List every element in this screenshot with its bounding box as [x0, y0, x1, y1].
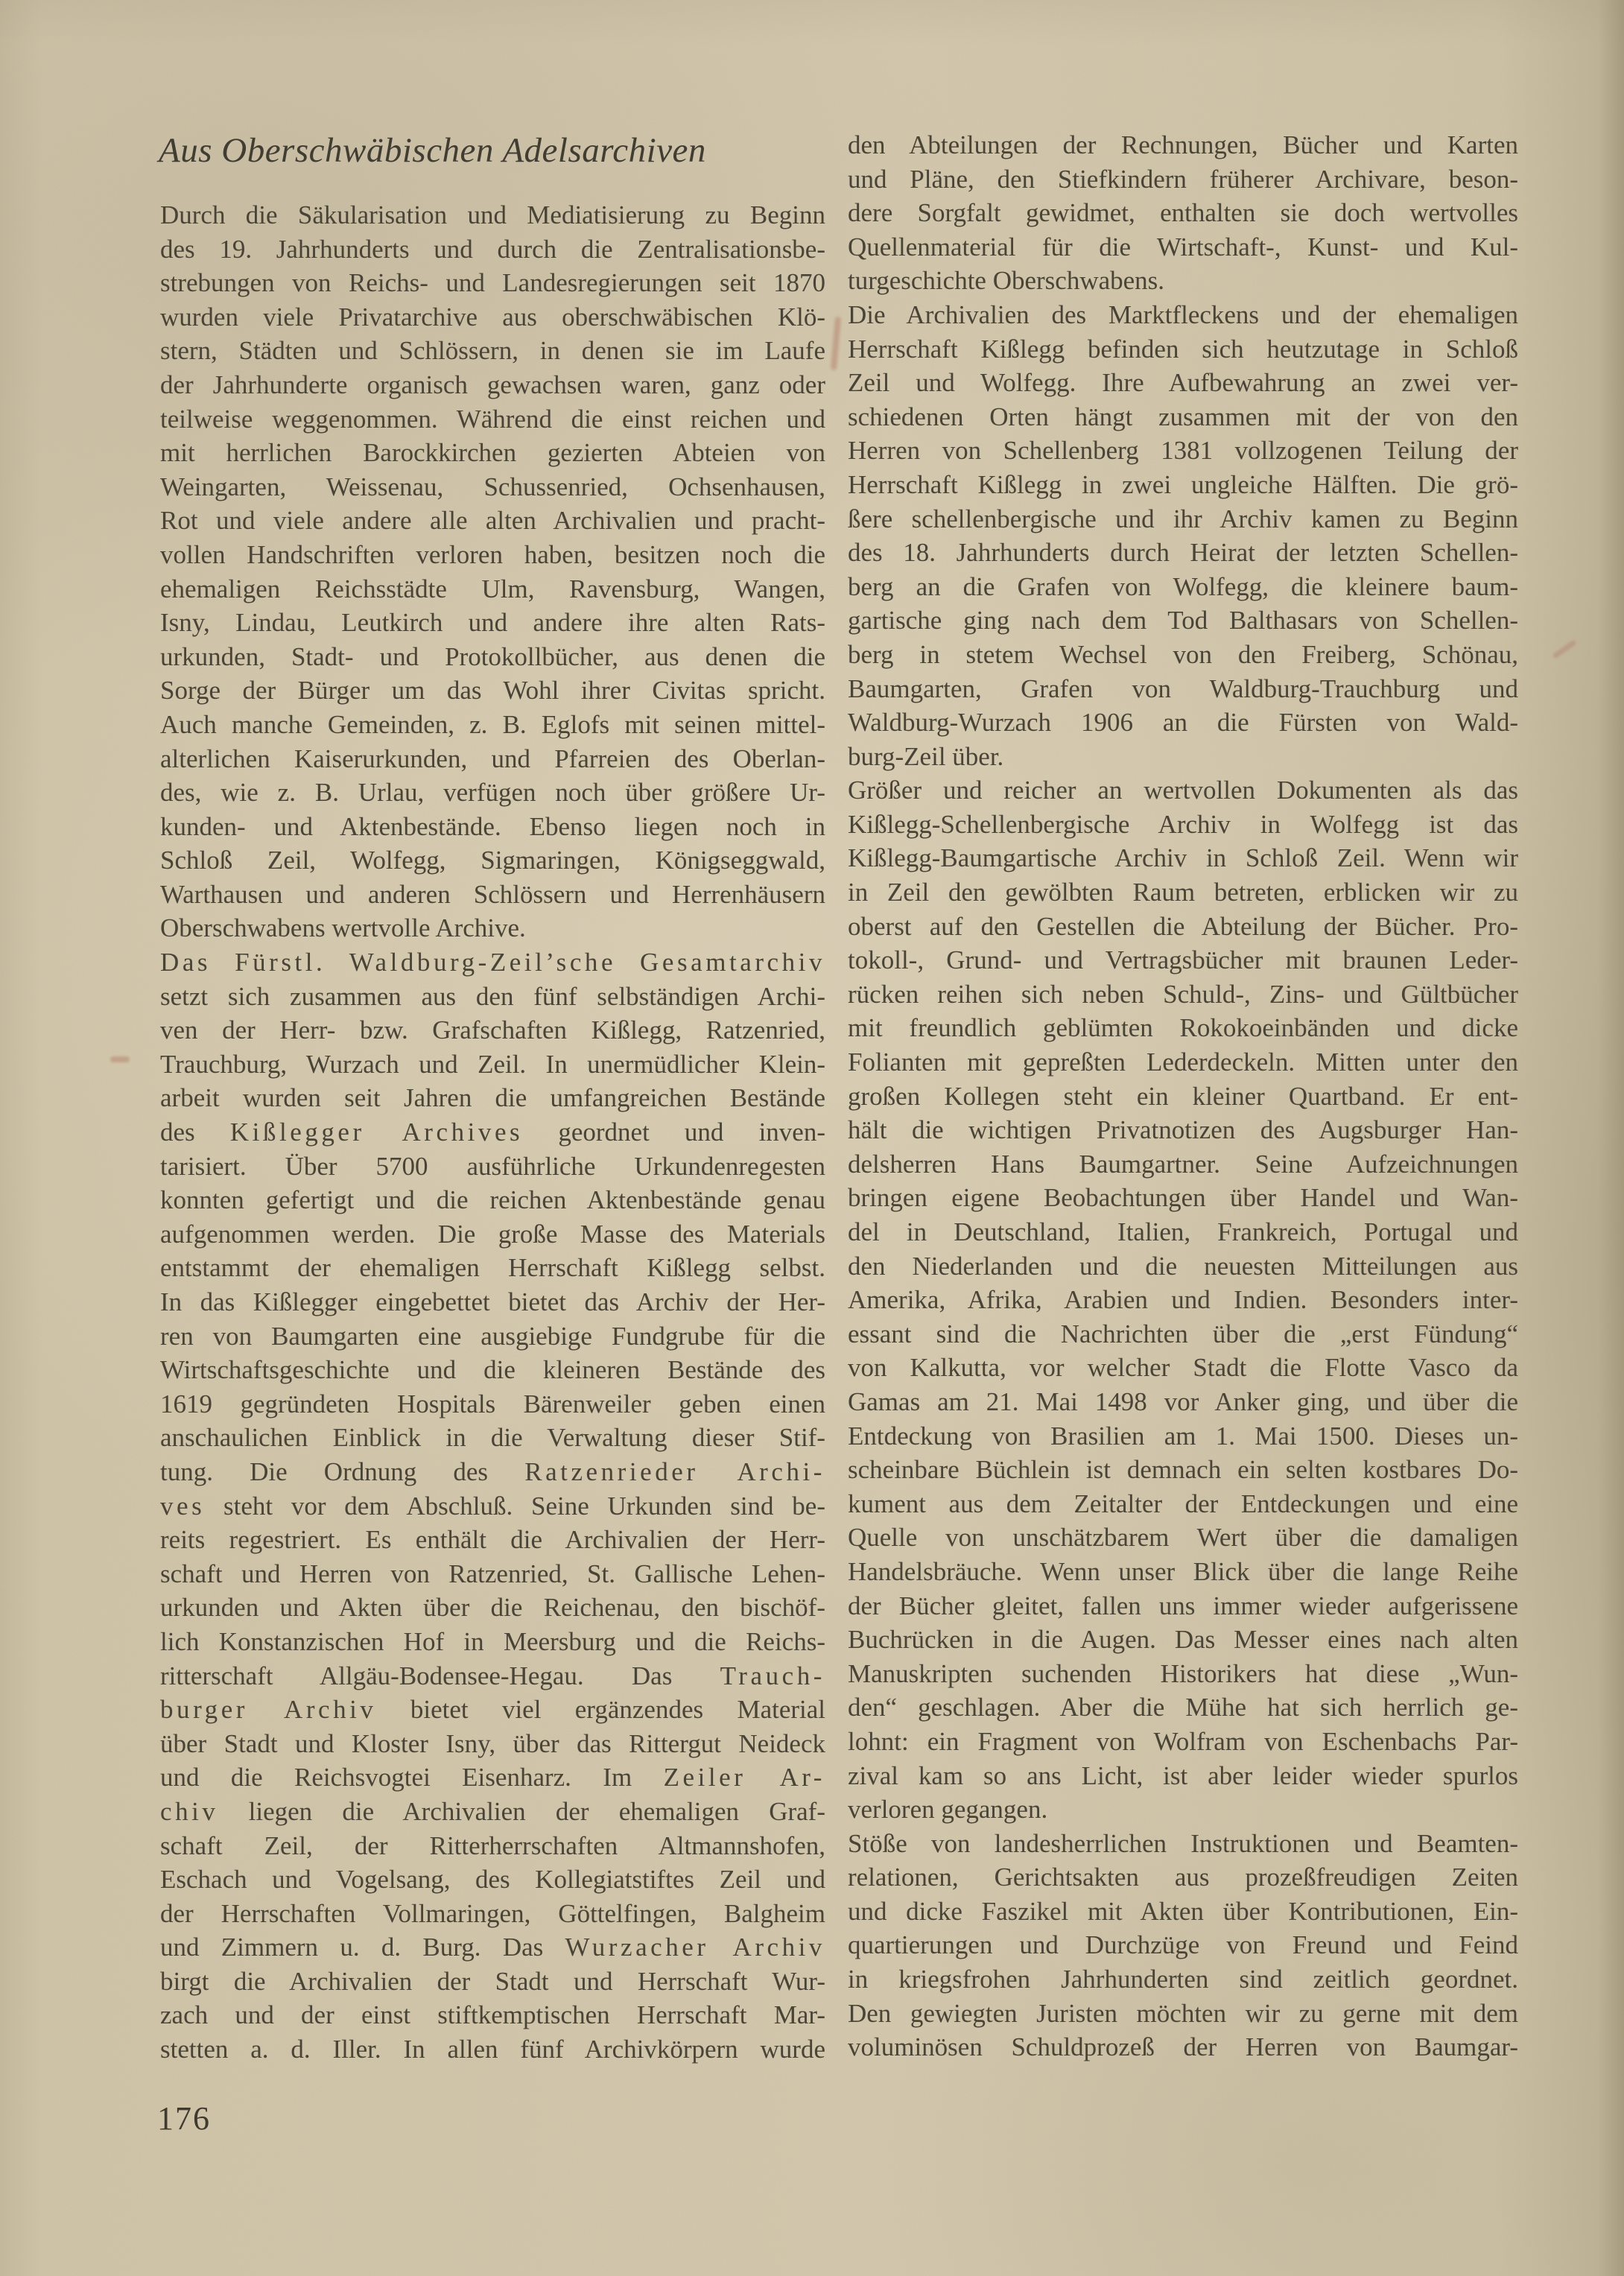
text-line: konnten gefertigt und die reichen Aktenb… [160, 1183, 825, 1217]
text-run: Auch manche Gemeinden, z. B. Eglofs mit … [160, 710, 825, 739]
text-line: zival kam so ans Licht, ist aber leider … [848, 1759, 1518, 1793]
text-line: berg an die Grafen von Wolfegg, die klei… [848, 570, 1518, 604]
text-line: des 18. Jahrhunderts durch Heirat der le… [848, 536, 1518, 570]
text-line: kunden- und Aktenbestände. Ebenso liegen… [160, 810, 825, 844]
text-run: Größer und reicher an wertvollen Dokumen… [848, 776, 1518, 805]
text-run: arbeit wurden seit Jahren die umfangreic… [160, 1083, 825, 1112]
text-run: der Herrschaften Vollmaringen, Göttelfin… [160, 1899, 825, 1928]
page-number: 176 [157, 2099, 211, 2137]
text-run: tokoll-, Grund- und Vertragsbücher mit b… [848, 945, 1518, 974]
text-run: reits regestriert. Es enthält die Archiv… [160, 1525, 825, 1554]
text-line: hält die wichtigen Privatnotizen des Aug… [848, 1113, 1518, 1147]
scanned-book-page: Aus Oberschwäbischen Adelsarchiven Durch… [0, 0, 1624, 2276]
text-run: ren von Baumgarten eine ausgiebige Fundg… [160, 1322, 825, 1351]
text-line: Quellenmaterial für die Wirtschaft-, Kun… [848, 230, 1518, 264]
text-line: Auch manche Gemeinden, z. B. Eglofs mit … [160, 708, 825, 742]
text-run: urkunden, Stadt- und Protokollbücher, au… [160, 642, 825, 671]
text-run: Buchrücken in die Augen. Das Messer eine… [848, 1625, 1518, 1654]
text-line: den“ geschlagen. Aber die Mühe hat sich … [848, 1690, 1518, 1725]
text-line: und dicke Faszikel mit Akten über Kontri… [848, 1895, 1518, 1929]
text-line: Stöße von landesherrlichen Instruktionen… [848, 1827, 1518, 1861]
text-run: und Zimmern u. d. Burg. Das [160, 1933, 565, 1962]
text-run: über Stadt und Kloster Isny, über das Ri… [160, 1729, 825, 1758]
text-run: Kißlegg-Schellenbergische Archiv in Wolf… [848, 810, 1518, 839]
text-run: lohnt: ein Fragment von Wolfram von Esch… [848, 1727, 1518, 1756]
text-line: 1619 gegründeten Hospitals Bärenweiler g… [160, 1387, 825, 1421]
text-line: ven der Herr- bzw. Grafschaften Kißlegg,… [160, 1013, 825, 1047]
text-run: kument aus dem Zeitalter der Entdeckunge… [848, 1489, 1518, 1518]
text-line: und die Reichsvogtei Eisenharz. Im Zeile… [160, 1760, 825, 1795]
text-line: ritterschaft Allgäu-Bodensee-Hegau. Das … [160, 1659, 825, 1693]
text-run: zival kam so ans Licht, ist aber leider … [848, 1761, 1518, 1790]
text-run: kunden- und Aktenbestände. Ebenso liegen… [160, 812, 825, 841]
text-run: tarisiert. Über 5700 ausführliche Urkund… [160, 1152, 825, 1181]
text-run: von Kalkutta, vor welcher Stadt die Flot… [848, 1353, 1518, 1382]
letterspaced-archive-name: Das Fürstl. Waldburg-Zeil’sche Gesamtarc… [160, 948, 825, 977]
text-line: schaft und Herren von Ratzenried, St. Ga… [160, 1557, 825, 1591]
text-line: tokoll-, Grund- und Vertragsbücher mit b… [848, 943, 1518, 977]
text-line: anschaulichen Einblick in die Verwaltung… [160, 1421, 825, 1455]
text-run: setzt sich zusammen aus den fünf selbstä… [160, 982, 825, 1011]
text-line: über Stadt und Kloster Isny, über das Ri… [160, 1727, 825, 1761]
text-line: großen Kollegen steht ein kleiner Quartb… [848, 1080, 1518, 1114]
text-line: und Zimmern u. d. Burg. Das Wurzacher Ar… [160, 1930, 825, 1965]
text-run: und Pläne, den Stiefkindern früherer Arc… [848, 165, 1518, 194]
text-run: Quelle von unschätzbarem Wert über die d… [848, 1523, 1518, 1552]
text-run: essant sind die Nachrichten über die „er… [848, 1319, 1518, 1348]
text-run: geordnet und inven- [523, 1118, 825, 1147]
text-run: burg-Zeil über. [848, 742, 1003, 771]
text-line: Warthausen und anderen Schlössern und He… [160, 878, 825, 912]
text-run: scheinbare Büchlein ist demnach ein selt… [848, 1455, 1518, 1484]
text-line: tung. Die Ordnung des Ratzenrieder Archi… [160, 1455, 825, 1489]
text-run: stetten a. d. Iller. In allen fünf Archi… [160, 2035, 825, 2064]
text-run: ßere schellenbergische und ihr Archiv ka… [848, 504, 1518, 533]
text-run: schiedenen Orten hängt zusammen mit der … [848, 402, 1518, 431]
red-ink-mark [110, 1056, 130, 1062]
text-line: berg in stetem Wechsel von den Freiberg,… [848, 638, 1518, 672]
text-run: In das Kißlegger eingebettet bietet das … [160, 1287, 825, 1316]
text-line: Baumgarten, Grafen von Waldburg-Trauchbu… [848, 672, 1518, 706]
text-run: Waldburg-Wurzach 1906 an die Fürsten von… [848, 708, 1518, 737]
text-run: ven der Herr- bzw. Grafschaften Kißlegg,… [160, 1015, 825, 1045]
text-line: gartische ging nach dem Tod Balthasars v… [848, 603, 1518, 638]
letterspaced-archive-name: ves [160, 1492, 205, 1521]
text-line: lich Konstanzischen Hof in Meersburg und… [160, 1625, 825, 1659]
text-run: mit freundlich geblümten Rokokoeinbänden… [848, 1013, 1518, 1042]
text-run: großen Kollegen steht ein kleiner Quartb… [848, 1082, 1518, 1111]
red-ink-mark [1552, 639, 1577, 659]
text-line: tarisiert. Über 5700 ausführliche Urkund… [160, 1150, 825, 1184]
text-line: del in Deutschland, Italien, Frankreich,… [848, 1215, 1518, 1249]
column-1: Durch die Säkularisation und Mediatisier… [160, 198, 825, 2067]
text-line: Manuskripten suchenden Historikers hat d… [848, 1657, 1518, 1691]
text-run: konnten gefertigt und die reichen Aktenb… [160, 1185, 825, 1214]
text-line: relationen, Gerichtsakten aus prozeßfreu… [848, 1860, 1518, 1895]
article-title: Aus Oberschwäbischen Adelsarchiven [159, 131, 829, 170]
text-run: des 18. Jahrhunderts durch Heirat der le… [848, 538, 1518, 567]
text-line: Buchrücken in die Augen. Das Messer eine… [848, 1623, 1518, 1657]
text-run: ehemaligen Reichsstädte Ulm, Ravensburg,… [160, 574, 825, 603]
text-line: turgeschichte Oberschwabens. [848, 264, 1518, 298]
text-run: urkunden und Akten über die Reichenau, d… [160, 1593, 825, 1622]
text-line: Schloß Zeil, Wolfegg, Sigmaringen, König… [160, 843, 825, 878]
text-line: Gamas am 21. Mai 1498 vor Anker ging, un… [848, 1385, 1518, 1419]
text-line: chiv liegen die Archivalien der ehemalig… [160, 1795, 825, 1829]
text-run: Herren von Schellenberg 1381 vollzogenen… [848, 436, 1518, 465]
text-run: schaft und Herren von Ratzenried, St. Ga… [160, 1559, 825, 1588]
letterspaced-archive-name: burger Archiv [160, 1695, 376, 1724]
text-line: Entdeckung von Brasilien am 1. Mai 1500.… [848, 1419, 1518, 1454]
text-line: entstammt der ehemaligen Herrschaft Kißl… [160, 1251, 825, 1285]
text-line: Wirtschaftsgeschichte und die kleineren … [160, 1353, 825, 1387]
text-run: oberst auf den Gestellen die Abteilung d… [848, 912, 1518, 941]
text-line: teilweise weggenommen. Während die einst… [160, 402, 825, 437]
text-run: Folianten mit gepreßten Lederdeckeln. Mi… [848, 1047, 1518, 1077]
text-run: Kißlegg-Baumgartische Archiv in Schloß Z… [848, 843, 1518, 872]
text-run: ritterschaft Allgäu-Bodensee-Hegau. Das [160, 1661, 720, 1690]
text-line: Folianten mit gepreßten Lederdeckeln. Mi… [848, 1045, 1518, 1080]
text-line: quartierungen und Durchzüge von Freund u… [848, 1928, 1518, 1962]
text-line: mit herrlichen Barockkirchen gezierten A… [160, 436, 825, 470]
text-line: delsherren Hans Baumgartner. Seine Aufze… [848, 1147, 1518, 1182]
letterspaced-archive-name: chiv [160, 1797, 218, 1826]
text-line: voluminösen Schuldprozeß der Herren von … [848, 2030, 1518, 2064]
text-run: den“ geschlagen. Aber die Mühe hat sich … [848, 1693, 1518, 1722]
text-line: oberst auf den Gestellen die Abteilung d… [848, 910, 1518, 944]
text-line: birgt die Archivalien der Stadt und Herr… [160, 1965, 825, 1999]
text-line: stern, Städten und Schlössern, in denen … [160, 334, 825, 368]
text-run: wurden viele Privatarchive aus oberschwä… [160, 302, 825, 332]
text-line: der Jahrhunderte organisch gewachsen war… [160, 368, 825, 402]
text-line: schaft Zeil, der Ritterherrschaften Altm… [160, 1829, 825, 1863]
text-line: Isny, Lindau, Leutkirch und andere ihre … [160, 606, 825, 640]
letterspaced-archive-name: Zeiler Ar- [664, 1763, 825, 1792]
text-run: entstammt der ehemaligen Herrschaft Kißl… [160, 1253, 825, 1282]
text-run: voluminösen Schuldprozeß der Herren von … [848, 2032, 1518, 2061]
text-line: lohnt: ein Fragment von Wolfram von Esch… [848, 1725, 1518, 1759]
text-line: kument aus dem Zeitalter der Entdeckunge… [848, 1487, 1518, 1521]
text-run: Gamas am 21. Mai 1498 vor Anker ging, un… [848, 1387, 1518, 1416]
text-run: in kriegsfrohen Jahrhunderten sind zeitl… [848, 1965, 1518, 1994]
text-run: strebungen von Reichs- und Landesregieru… [160, 268, 825, 297]
text-run: Wirtschaftsgeschichte und die kleineren … [160, 1355, 825, 1384]
text-line: der Bücher gleitet, fallen uns immer wie… [848, 1589, 1518, 1623]
text-line: Den gewiegten Juristen möchten wir zu ge… [848, 1997, 1518, 2031]
text-line: Zeil und Wolfegg. Ihre Aufbewahrung an z… [848, 366, 1518, 400]
text-run: Trauchburg, Wurzach und Zeil. In unermüd… [160, 1050, 825, 1079]
text-run: vollen Handschriften verloren haben, bes… [160, 540, 825, 569]
text-run: den Niederlanden und die neuesten Mittei… [848, 1252, 1518, 1281]
text-run: Sorge der Bürger um das Wohl ihrer Civit… [160, 676, 825, 705]
text-line: Das Fürstl. Waldburg-Zeil’sche Gesamtarc… [160, 945, 825, 980]
text-run: Die Archivalien des Marktfleckens und de… [848, 300, 1518, 329]
text-run: verloren gegangen. [848, 1795, 1047, 1824]
text-run: Entdeckung von Brasilien am 1. Mai 1500.… [848, 1421, 1518, 1451]
text-line: bringen eigene Beobachtungen über Handel… [848, 1181, 1518, 1215]
text-run: delsherren Hans Baumgartner. Seine Aufze… [848, 1150, 1518, 1179]
text-run: Warthausen und anderen Schlössern und He… [160, 880, 825, 909]
text-line: Durch die Säkularisation und Mediatisier… [160, 198, 825, 232]
text-line: Rot und viele andere alle alten Archival… [160, 504, 825, 538]
letterspaced-archive-name: Ratzenrieder Archi- [524, 1457, 825, 1486]
text-run: steht vor dem Abschluß. Seine Urkunden s… [205, 1492, 825, 1521]
text-run: rücken reihen sich neben Schuld-, Zins- … [848, 980, 1518, 1009]
text-line: Die Archivalien des Marktfleckens und de… [848, 298, 1518, 332]
text-run: anschaulichen Einblick in die Verwaltung… [160, 1423, 825, 1452]
text-line: essant sind die Nachrichten über die „er… [848, 1317, 1518, 1351]
text-run: Manuskripten suchenden Historikers hat d… [848, 1659, 1518, 1688]
text-line: Sorge der Bürger um das Wohl ihrer Civit… [160, 673, 825, 708]
text-run: lich Konstanzischen Hof in Meersburg und… [160, 1627, 825, 1656]
text-line: Größer und reicher an wertvollen Dokumen… [848, 773, 1518, 808]
text-run: Stöße von landesherrlichen Instruktionen… [848, 1829, 1518, 1858]
text-line: und Pläne, den Stiefkindern früherer Arc… [848, 162, 1518, 197]
text-run: des 19. Jahrhunderts und durch die Zentr… [160, 235, 825, 264]
text-run: Eschach und Vogelsang, des Kollegiatstif… [160, 1865, 825, 1894]
text-run: gartische ging nach dem Tod Balthasars v… [848, 606, 1518, 635]
text-run: den Abteilungen der Rechnungen, Bücher u… [848, 130, 1518, 159]
text-line: stetten a. d. Iller. In allen fünf Archi… [160, 2032, 825, 2067]
text-run: in Zeil den gewölbten Raum betreten, erb… [848, 878, 1518, 907]
text-run: Amerika, Afrika, Arabien und Indien. Bes… [848, 1285, 1518, 1314]
text-line: urkunden, Stadt- und Protokollbücher, au… [160, 640, 825, 674]
text-line: ßere schellenbergische und ihr Archiv ka… [848, 502, 1518, 536]
text-line: Herren von Schellenberg 1381 vollzogenen… [848, 434, 1518, 468]
text-run: stern, Städten und Schlössern, in denen … [160, 336, 825, 365]
text-run: relationen, Gerichtsakten aus prozeßfreu… [848, 1863, 1518, 1892]
text-line: ren von Baumgarten eine ausgiebige Fundg… [160, 1319, 825, 1354]
text-line: der Herrschaften Vollmaringen, Göttelfin… [160, 1897, 825, 1931]
text-line: des Kißlegger Archives geordnet und inve… [160, 1115, 825, 1150]
text-run: liegen die Archivalien der ehemaligen Gr… [218, 1797, 825, 1826]
text-run: aufgenommen werden. Die große Masse des … [160, 1220, 825, 1249]
text-line: burger Archiv bietet viel ergänzendes Ma… [160, 1693, 825, 1727]
text-run: Handelsbräuche. Wenn unser Blick über di… [848, 1557, 1518, 1586]
text-line: strebungen von Reichs- und Landesregieru… [160, 266, 825, 300]
text-run: Schloß Zeil, Wolfegg, Sigmaringen, König… [160, 846, 825, 875]
text-line: alterlichen Kaiserurkunden, und Pfarreie… [160, 742, 825, 776]
text-run: alterlichen Kaiserurkunden, und Pfarreie… [160, 744, 825, 773]
letterspaced-archive-name: Trauch- [720, 1661, 825, 1690]
text-run: 1619 gegründeten Hospitals Bärenweiler g… [160, 1389, 825, 1418]
text-line: urkunden und Akten über die Reichenau, d… [160, 1591, 825, 1625]
text-run: Den gewiegten Juristen möchten wir zu ge… [848, 1999, 1518, 2028]
text-line: Kißlegg-Schellenbergische Archiv in Wolf… [848, 808, 1518, 842]
text-line: reits regestriert. Es enthält die Archiv… [160, 1523, 825, 1557]
text-line: den Niederlanden und die neuesten Mittei… [848, 1249, 1518, 1284]
text-line: rücken reihen sich neben Schuld-, Zins- … [848, 977, 1518, 1012]
text-line: Quelle von unschätzbarem Wert über die d… [848, 1521, 1518, 1555]
text-run: Rot und viele andere alle alten Archival… [160, 506, 825, 535]
text-run: mit herrlichen Barockkirchen gezierten A… [160, 438, 825, 467]
text-line: in kriegsfrohen Jahrhunderten sind zeitl… [848, 1962, 1518, 1997]
text-run: berg an die Grafen von Wolfegg, die klei… [848, 572, 1518, 601]
text-line: Handelsbräuche. Wenn unser Blick über di… [848, 1555, 1518, 1589]
text-line: von Kalkutta, vor welcher Stadt die Flot… [848, 1351, 1518, 1385]
text-run: des, wie z. B. Urlau, verfügen noch über… [160, 778, 825, 807]
text-line: Waldburg-Wurzach 1906 an die Fürsten von… [848, 706, 1518, 740]
text-run: bietet viel ergänzendes Material [376, 1695, 825, 1724]
text-run: del in Deutschland, Italien, Frankreich,… [848, 1217, 1518, 1246]
text-run: Weingarten, Weissenau, Schussenried, Och… [160, 472, 825, 501]
text-run: Herrschaft Kißlegg in zwei ungleiche Häl… [848, 470, 1518, 499]
text-line: den Abteilungen der Rechnungen, Bücher u… [848, 128, 1518, 162]
text-line: In das Kißlegger eingebettet bietet das … [160, 1285, 825, 1319]
text-run: turgeschichte Oberschwabens. [848, 266, 1164, 295]
text-run: Herrschaft Kißlegg befinden sich heutzut… [848, 335, 1518, 364]
text-line: Herrschaft Kißlegg in zwei ungleiche Häl… [848, 468, 1518, 502]
text-run: Durch die Säkularisation und Mediatisier… [160, 200, 825, 229]
text-line: setzt sich zusammen aus den fünf selbstä… [160, 980, 825, 1014]
text-run: quartierungen und Durchzüge von Freund u… [848, 1930, 1518, 1959]
text-run: dere Sorgfalt gewidmet, enthalten sie do… [848, 198, 1518, 227]
text-run: schaft Zeil, der Ritterherrschaften Altm… [160, 1831, 825, 1860]
text-line: ves steht vor dem Abschluß. Seine Urkund… [160, 1489, 825, 1524]
text-line: des, wie z. B. Urlau, verfügen noch über… [160, 776, 825, 810]
text-run: der Bücher gleitet, fallen uns immer wie… [848, 1591, 1518, 1620]
letterspaced-archive-name: Wurzacher Archiv [565, 1933, 825, 1962]
text-run: und dicke Faszikel mit Akten über Kontri… [848, 1897, 1518, 1926]
column-2: den Abteilungen der Rechnungen, Bücher u… [848, 128, 1518, 2064]
text-run: und die Reichsvogtei Eisenharz. Im [160, 1763, 664, 1792]
text-run: tung. Die Ordnung des [160, 1457, 524, 1486]
text-run: des [160, 1118, 230, 1147]
text-line: dere Sorgfalt gewidmet, enthalten sie do… [848, 196, 1518, 230]
text-run: zach und der einst stiftkemptischen Herr… [160, 2000, 825, 2029]
text-line: in Zeil den gewölbten Raum betreten, erb… [848, 875, 1518, 910]
text-line: schiedenen Orten hängt zusammen mit der … [848, 400, 1518, 434]
text-line: Weingarten, Weissenau, Schussenried, Och… [160, 470, 825, 504]
text-run: Zeil und Wolfegg. Ihre Aufbewahrung an z… [848, 368, 1518, 397]
text-line: Eschach und Vogelsang, des Kollegiatstif… [160, 1863, 825, 1897]
text-run: Isny, Lindau, Leutkirch und andere ihre … [160, 608, 825, 637]
text-line: Kißlegg-Baumgartische Archiv in Schloß Z… [848, 841, 1518, 875]
text-line: verloren gegangen. [848, 1792, 1518, 1827]
text-line: des 19. Jahrhunderts und durch die Zentr… [160, 232, 825, 267]
letterspaced-archive-name: Kißlegger Archives [230, 1118, 523, 1147]
text-line: arbeit wurden seit Jahren die umfangreic… [160, 1081, 825, 1115]
text-run: teilweise weggenommen. Während die einst… [160, 405, 825, 434]
text-line: vollen Handschriften verloren haben, bes… [160, 538, 825, 572]
text-line: aufgenommen werden. Die große Masse des … [160, 1217, 825, 1252]
text-line: Amerika, Afrika, Arabien und Indien. Bes… [848, 1283, 1518, 1317]
text-run: Oberschwabens wertvolle Archive. [160, 913, 526, 942]
text-run: bringen eigene Beobachtungen über Handel… [848, 1183, 1518, 1212]
red-ink-mark [831, 317, 841, 370]
text-line: scheinbare Büchlein ist demnach ein selt… [848, 1453, 1518, 1487]
text-run: berg in stetem Wechsel von den Freiberg,… [848, 640, 1518, 669]
text-line: mit freundlich geblümten Rokokoeinbänden… [848, 1011, 1518, 1045]
text-line: Trauchburg, Wurzach und Zeil. In unermüd… [160, 1047, 825, 1082]
text-run: der Jahrhunderte organisch gewachsen war… [160, 370, 825, 399]
text-line: wurden viele Privatarchive aus oberschwä… [160, 300, 825, 335]
text-line: burg-Zeil über. [848, 740, 1518, 774]
text-run: Baumgarten, Grafen von Waldburg-Trauchbu… [848, 674, 1518, 703]
text-line: Oberschwabens wertvolle Archive. [160, 911, 825, 945]
text-line: ehemaligen Reichsstädte Ulm, Ravensburg,… [160, 572, 825, 606]
text-run: birgt die Archivalien der Stadt und Herr… [160, 1967, 825, 1996]
text-run: hält die wichtigen Privatnotizen des Aug… [848, 1115, 1518, 1144]
text-line: Herrschaft Kißlegg befinden sich heutzut… [848, 332, 1518, 367]
text-line: zach und der einst stiftkemptischen Herr… [160, 1998, 825, 2032]
text-run: Quellenmaterial für die Wirtschaft-, Kun… [848, 232, 1518, 261]
